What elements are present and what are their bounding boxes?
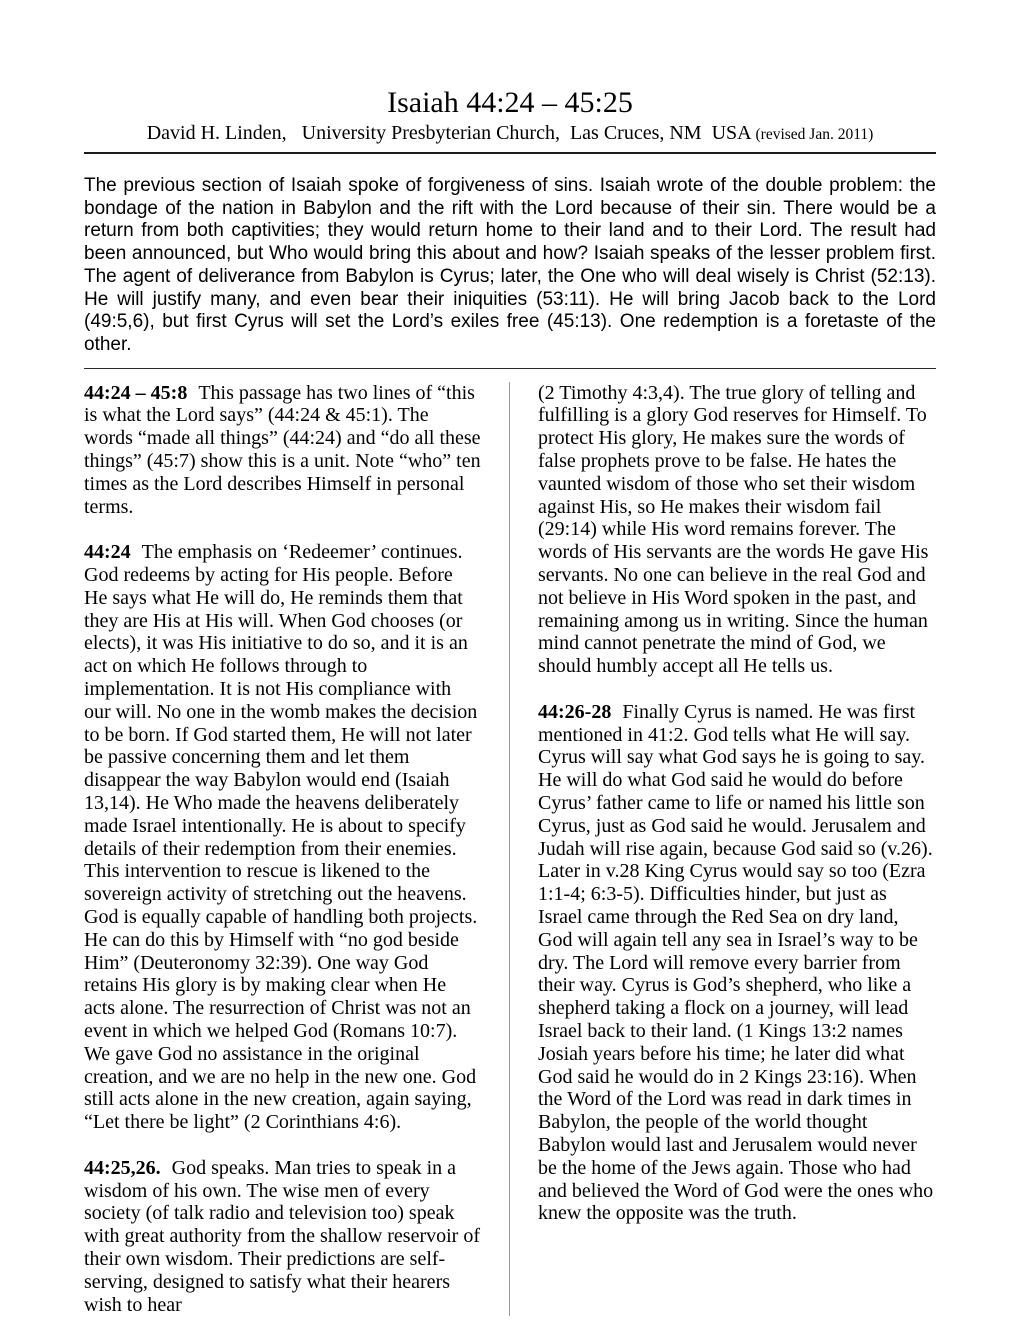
left-column: 44:24 – 45:8This passage has two lines o…	[84, 382, 481, 1317]
commentary-paragraph: 44:24 – 45:8This passage has two lines o…	[84, 382, 481, 519]
verse-reference: 44:24	[84, 541, 131, 563]
commentary-paragraph: 44:24The emphasis on ‘Redeemer’ continue…	[84, 541, 481, 1134]
header-rule	[84, 152, 936, 154]
document-page: Isaiah 44:24 – 45:25 David H. Linden, Un…	[0, 0, 1020, 1320]
byline-author: David H. Linden, University Presbyterian…	[147, 122, 751, 144]
right-column: (2 Timothy 4:3,4). The true glory of tel…	[538, 382, 935, 1317]
section-rule	[84, 368, 936, 369]
commentary-paragraph: 44:25,26.God speaks. Man tries to speak …	[84, 1157, 481, 1317]
commentary-paragraph: 44:26-28Finally Cyrus is named. He was f…	[538, 701, 935, 1225]
two-column-layout: 44:24 – 45:8This passage has two lines o…	[84, 382, 936, 1317]
verse-reference: 44:26-28	[538, 701, 611, 723]
page-title: Isaiah 44:24 – 45:25	[84, 86, 936, 119]
column-divider	[509, 382, 510, 1317]
paragraph-text: The emphasis on ‘Redeemer’ continues. Go…	[84, 541, 477, 1133]
paragraph-text: Finally Cyrus is named. He was first men…	[538, 701, 933, 1225]
intro-paragraph: The previous section of Isaiah spoke of …	[84, 175, 936, 357]
byline-revision-note: (revised Jan. 2011)	[756, 126, 874, 143]
verse-reference: 44:24 – 45:8	[84, 382, 187, 404]
paragraph-text: (2 Timothy 4:3,4). The true glory of tel…	[538, 382, 928, 678]
verse-reference: 44:25,26.	[84, 1157, 161, 1179]
commentary-paragraph: (2 Timothy 4:3,4). The true glory of tel…	[538, 382, 935, 678]
byline: David H. Linden, University Presbyterian…	[84, 122, 936, 145]
paragraph-text: God speaks. Man tries to speak in a wisd…	[84, 1157, 480, 1316]
